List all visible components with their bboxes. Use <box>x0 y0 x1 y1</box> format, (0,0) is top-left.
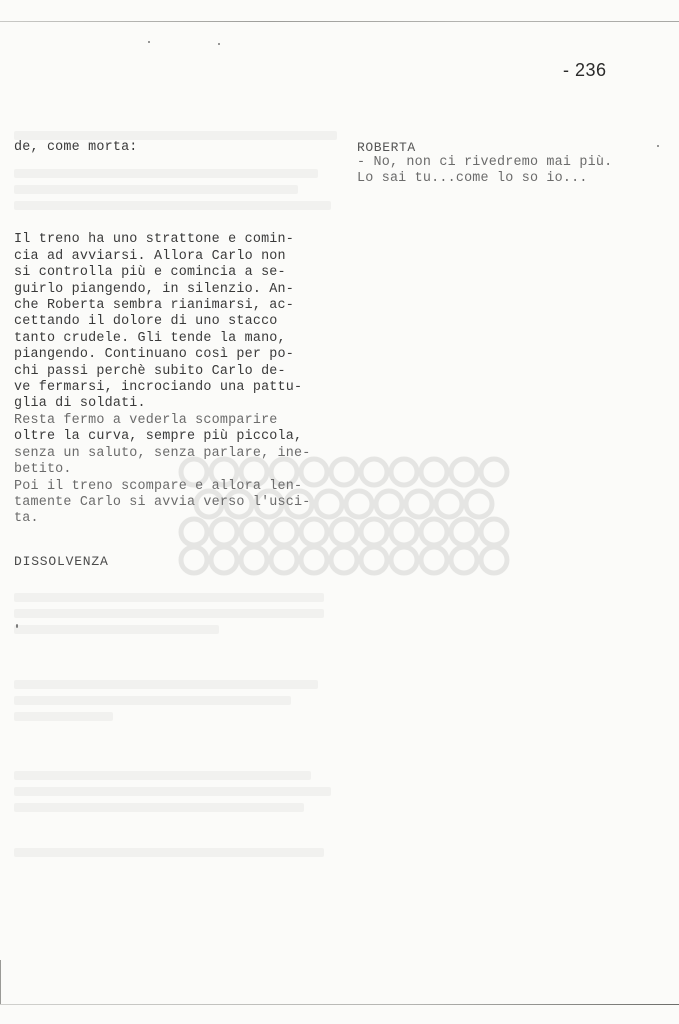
paragraph-line: tamente Carlo si avvia verso l'usci- <box>14 495 344 511</box>
paragraph-line: piangendo. Continuano così per po- <box>14 347 344 363</box>
transition-direction: DISSOLVENZA <box>14 554 344 570</box>
paper-speck <box>657 145 659 147</box>
paragraph-line: guirlo piangendo, in silenzio. An- <box>14 282 344 298</box>
paragraph-line: ve fermarsi, incrociando una pattu- <box>14 380 344 396</box>
paragraph-line: senza un saluto, senza parlare, ine- <box>14 446 344 462</box>
continued-fragment: de, come morta: <box>14 140 344 156</box>
paper-speck <box>218 43 220 45</box>
paragraph-line: Poi il treno scompare e allora len- <box>14 479 344 495</box>
left-column-scene-description: de, come morta: Il treno ha uno stratton… <box>14 140 344 570</box>
page-top-edge <box>0 21 679 22</box>
paragraph-line: betito. <box>14 462 344 478</box>
dialogue-line: Lo sai tu...come lo so io... <box>357 171 657 187</box>
paragraph-line: oltre la curva, sempre più piccola, <box>14 429 344 445</box>
scene-paragraph: Il treno ha uno strattone e comin- cia a… <box>14 232 344 527</box>
page-left-edge <box>0 960 1 1004</box>
paragraph-line: che Roberta sembra rianimarsi, ac- <box>14 298 344 314</box>
paragraph-line: glia di soldati. <box>14 396 344 412</box>
paragraph-line: Il treno ha uno strattone e comin- <box>14 232 344 248</box>
paragraph-line: chi passi perchè subito Carlo de- <box>14 364 344 380</box>
page-bottom-edge <box>0 1004 679 1005</box>
paragraph-line: tanto crudele. Gli tende la mano, <box>14 331 344 347</box>
page-number: - 236 <box>563 60 607 81</box>
paragraph-line: cettando il dolore di uno stacco <box>14 314 344 330</box>
right-column-dialogue: ROBERTA - No, non ci rivedremo mai più. … <box>357 140 657 188</box>
paragraph-line: si controlla più e comincia a se- <box>14 265 344 281</box>
show-through-lower <box>14 586 344 864</box>
dialogue-line: - No, non ci rivedremo mai più. <box>357 155 657 171</box>
paper-speck <box>16 624 18 628</box>
paragraph-line: ta. <box>14 511 344 527</box>
paper-speck <box>148 41 150 43</box>
paragraph-line: Resta fermo a vederla scomparire <box>14 413 344 429</box>
speaker-name: ROBERTA <box>357 140 657 155</box>
paragraph-line: cia ad avviarsi. Allora Carlo non <box>14 249 344 265</box>
